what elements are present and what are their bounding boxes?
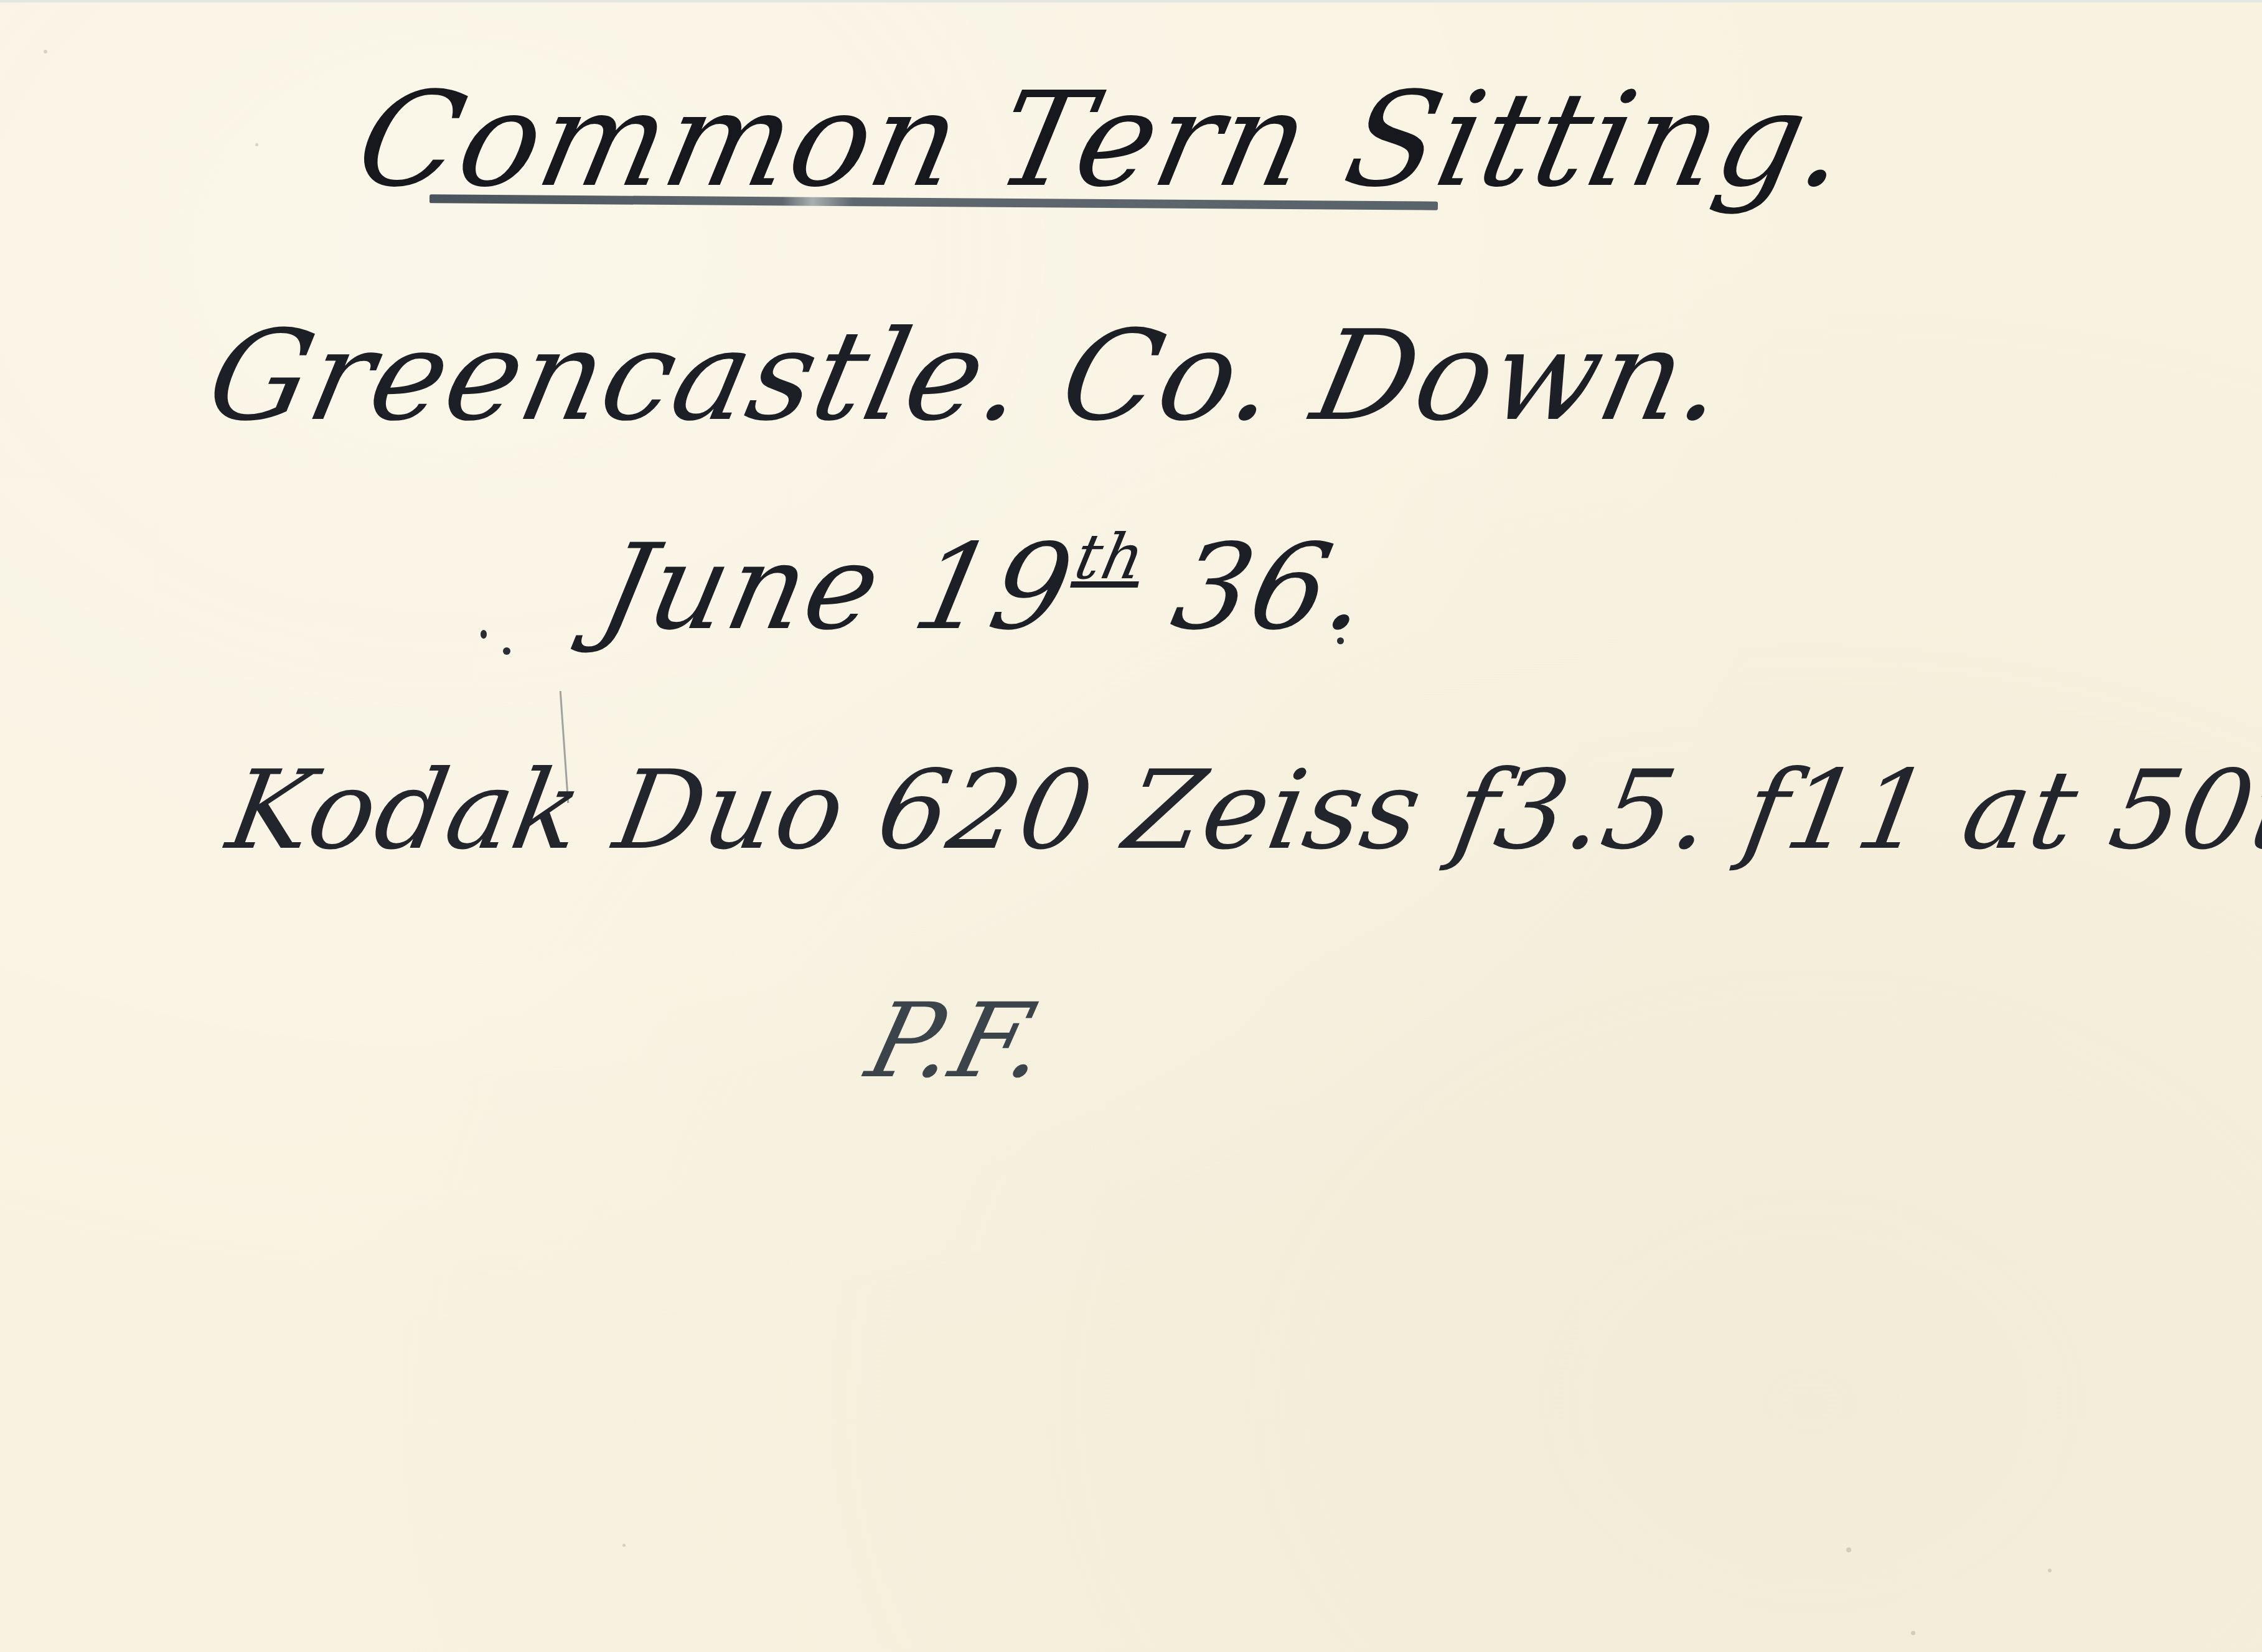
paper-speck [44,50,47,54]
paper-speck [622,1544,626,1547]
paper-speck [1846,1547,1851,1552]
handwritten-date: June 19th 36. [591,526,1381,647]
handwritten-initials: P.F. [858,990,1058,1092]
handwritten-camera-notes: Kodak Duo 620 Zeiss f3.5. f11 at 50th. [221,756,2262,865]
card-top-edge [0,0,2262,2]
date-month-day: June 19 [589,519,1084,656]
paper-speck [2048,1569,2052,1572]
paper-speck [1911,1631,1915,1635]
handwritten-location: Greencastle. Co. Down. [199,314,1738,439]
ink-dot [1337,637,1344,644]
paper-speck [255,143,258,146]
date-year: 36. [1123,519,1383,656]
ink-dot [481,630,487,639]
handwritten-title: Common Tern Sitting. [347,75,1861,205]
ink-dot [503,647,510,655]
